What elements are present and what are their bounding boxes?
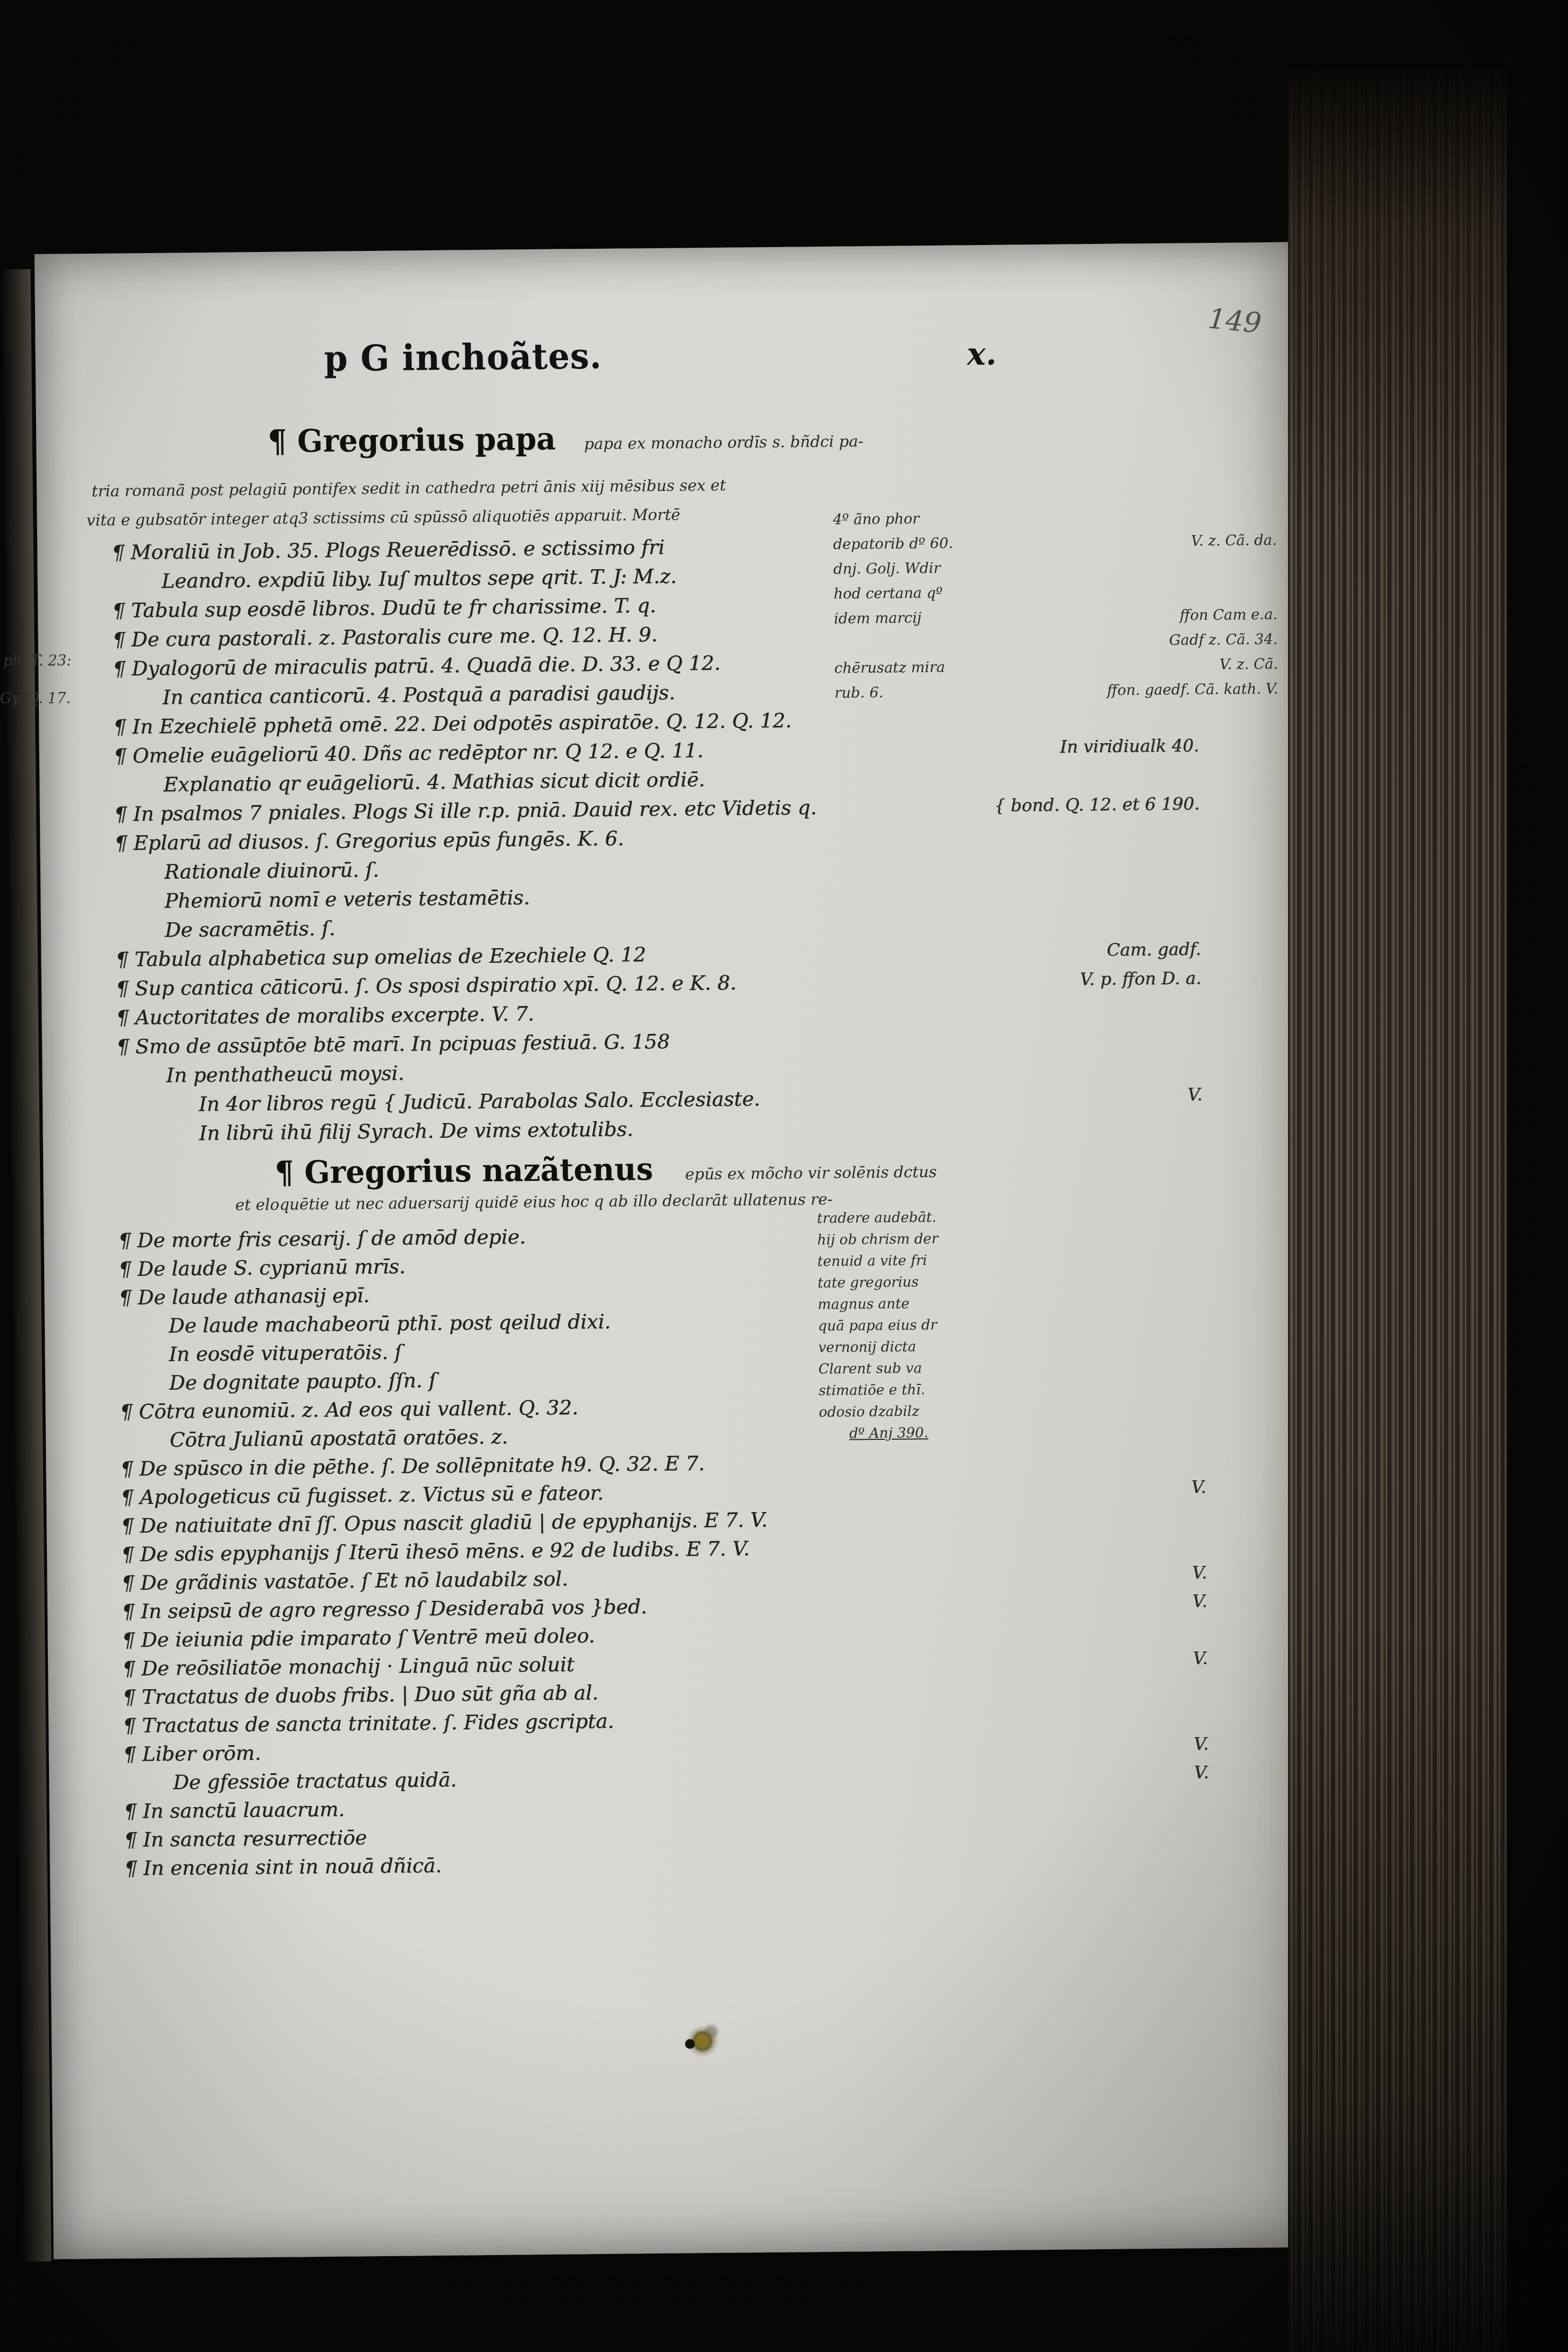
- side-note-text: tradere audebāt.: [817, 1209, 936, 1232]
- entry-shelfmark: V.: [1191, 1476, 1206, 1497]
- entry-title: ¶ Eplarū ad diusos. ſ. Gregorius epūs fu…: [114, 827, 624, 855]
- entry-title: Cōtra Julianū apostatā oratōes. z.: [170, 1425, 508, 1452]
- entry-title: ¶ Tabula sup eosdē libros. Dudū te fr ch…: [112, 594, 656, 622]
- entry-title: ¶ Smo de assūptōe btē marī. In pcipuas f…: [116, 1030, 670, 1059]
- margin-note: Gy. Q. 17.: [0, 690, 71, 707]
- entry-title: Explanatio qr euāgeliorū. 4. Mathias sic…: [163, 768, 705, 796]
- entry-shelfmark: V. p. ffon D. a.: [1080, 968, 1201, 989]
- section-gregorius-papa: ¶ Gregorius papa papa ex monacho ordīs s…: [268, 417, 864, 460]
- entry-title: ¶ In sancta resurrectiōe: [124, 1826, 367, 1851]
- entry-title: ¶ De cura pastorali. z. Pastoralis cure …: [113, 623, 658, 652]
- entry-title: In cantica canticorū. 4. Postquā a parad…: [163, 681, 675, 709]
- side-note-line: vernonij dicta: [818, 1338, 1049, 1361]
- entry-title: ¶ De ieiunia pdie imparato ſ Ventrē meū …: [122, 1624, 595, 1651]
- entry-shelfmark: V.: [1194, 1733, 1209, 1754]
- side-note-shelfmark: V. z. Cã. da.: [1191, 532, 1277, 558]
- section-note-line: vita e gubsatōr integer atq3 sctissims c…: [87, 506, 681, 530]
- manuscript-page: 149 p G inchoãtes. x. ¶ Gregorius papa p…: [34, 242, 1313, 2259]
- entry-title: De gfessiōe tractatus quidā.: [173, 1768, 457, 1794]
- side-note-text: dnj. Golj. Wdir: [834, 560, 941, 586]
- entry-title: ¶ De laude athanasij epī.: [118, 1284, 369, 1309]
- entry-title: De sacramētis. ſ.: [165, 917, 335, 942]
- side-note-text: quā papa eius dr: [818, 1317, 937, 1340]
- side-note-text: hij ob chrism der: [817, 1231, 939, 1254]
- side-note-line: hij ob chrism der: [817, 1230, 1049, 1254]
- section-heading: ¶ Gregorius nazãtenus: [275, 1151, 653, 1191]
- side-note-line: dnj. Golj. Wdir: [834, 557, 1277, 586]
- entry-title: ¶ Tractatus de duobs fribs. | Duo sūt gñ…: [123, 1681, 599, 1709]
- side-note-line: magnus ante: [818, 1294, 1049, 1318]
- side-note-text: Clarent sub va: [818, 1360, 922, 1383]
- book-fore-edge: [1288, 69, 1507, 2352]
- entry-title: Leandro. expdiū liby. Iuſ multos sepe qr…: [162, 565, 677, 593]
- side-note-line: depatorib dº 60. V. z. Cã. da.: [833, 532, 1277, 561]
- entry-title: ¶ In seipsū de agro regresso ſ Desiderab…: [122, 1595, 647, 1623]
- page-heading: p G inchoãtes.: [324, 335, 603, 380]
- side-note-line: quā papa eius dr: [818, 1316, 1049, 1340]
- side-note-text: 4º ãno phor: [833, 510, 920, 536]
- side-note-line: Gadf z. Cã. 34.: [834, 631, 1278, 660]
- entry-shelfmark: { bond. Q. 12. et 6 190.: [994, 793, 1200, 816]
- side-note-text: hod certana qº: [834, 585, 943, 611]
- side-note-line: tenuid a vite fri: [817, 1251, 1049, 1275]
- entry-title: ¶ De laude S. cyprianū mrīs.: [118, 1255, 405, 1280]
- entry-title: In librū ihū filij Syrach. De vims extot…: [199, 1117, 633, 1145]
- side-note-line: dº Anj 390.: [849, 1424, 1051, 1447]
- side-note-text: odosio dzabilz: [819, 1403, 920, 1426]
- entry-shelfmark: Cam. gadf.: [1107, 939, 1201, 960]
- side-note-line: tradere audebāt.: [817, 1208, 1048, 1232]
- side-note-line: 4º ãno phor: [833, 507, 1277, 536]
- entry-title: Rationale diuinorū. ſ.: [164, 858, 379, 884]
- entry-shelfmark: V.: [1194, 1762, 1209, 1782]
- entry-title: ¶ Cōtra eunomiū. z. Ad eos qui vallent. …: [120, 1396, 578, 1423]
- ink-stain: [677, 2020, 726, 2059]
- section-note-line: tria romanã post pelagiū pontifex sedit …: [92, 476, 726, 500]
- entry-title: ¶ In sanctū lauacrum.: [124, 1798, 345, 1823]
- side-note-line: tate gregorius: [817, 1273, 1049, 1297]
- section-heading-note: epūs ex mõcho vir solēnis dctus: [685, 1163, 937, 1183]
- side-note-text: tate gregorius: [817, 1274, 919, 1297]
- entry-title: ¶ De morte fris cesarij. ſ de amōd depie…: [118, 1225, 526, 1252]
- entry-title: ¶ Omelie euāgeliorū 40. Dñs ac redēptor …: [114, 739, 704, 768]
- entry-title: De laude machabeorū pthī. post qeilud di…: [169, 1310, 611, 1338]
- entry-title: In eosdē vituperatōis. ſ: [169, 1341, 402, 1366]
- section-heading: ¶ Gregorius papa: [268, 421, 556, 460]
- side-note-text: magnus ante: [818, 1296, 909, 1318]
- side-note-shelfmark: Gadf z. Cã. 34.: [1169, 631, 1278, 657]
- entry-title: De dognitate paupto. ſſn. ſ: [169, 1369, 436, 1395]
- section-gregorius-nazianzenus: ¶ Gregorius nazãtenus epūs ex mõcho vir …: [275, 1148, 937, 1191]
- margin-note: ph. T. 23:: [3, 653, 72, 669]
- side-notes-gregorius-nazianzenus: tradere audebāt. hij ob chrism der tenui…: [817, 1208, 1051, 1447]
- entry-shelfmark: V.: [1192, 1591, 1207, 1611]
- entry-title: ¶ Tabula alphabetica sup omelias de Ezec…: [115, 943, 646, 971]
- entry-title: ¶ Tractatus de sancta trinitate. ſ. Fide…: [123, 1710, 614, 1738]
- side-note-text: vernonij dicta: [818, 1339, 916, 1361]
- catalog-entries-gregorius-nazianzenus: ¶ De morte fris cesarij. ſ de amōd depie…: [118, 1218, 1262, 1885]
- entry-title: ¶ Moraliū in Job. 35. Plogs Reuerēdissō.…: [111, 536, 664, 564]
- entry-title: ¶ De grãdinis vastatōe. ſ Et nō laudabil…: [121, 1567, 568, 1595]
- folio-number: 149: [1207, 303, 1263, 340]
- side-note-shelfmark: ffon Cam e.a.: [1180, 606, 1278, 632]
- side-note-text: chērusatz mira: [834, 659, 945, 685]
- entry-title: ¶ In encenia sint in nouā dñicā.: [124, 1854, 442, 1880]
- quire-mark: x.: [967, 335, 997, 373]
- side-note-text: depatorib dº 60.: [833, 535, 953, 561]
- side-note-shelfmark: ffon. gaedf. Cã. kath. V.: [1107, 681, 1278, 707]
- entry-shelfmark: In viridiualk 40.: [1060, 735, 1199, 757]
- side-note-line: rub. 6. ffon. gaedf. Cã. kath. V.: [835, 681, 1278, 710]
- entry-title: ¶ Auctoritates de moralibs excerpte. V. …: [116, 1002, 534, 1029]
- side-note-line: Clarent sub va: [818, 1359, 1050, 1383]
- side-note-shelfmark: V. z. Cã.: [1220, 656, 1278, 681]
- entry-shelfmark: V.: [1187, 1084, 1202, 1104]
- entry-title: ¶ Liber orōm.: [123, 1741, 261, 1766]
- side-note-line: stimatiōe e thī.: [818, 1381, 1050, 1404]
- entry-title: In 4or libros regū { Judicū. Parabolas S…: [199, 1087, 760, 1116]
- entry-title: ¶ De reōsiliatōe monachij · Linguā nūc s…: [122, 1653, 575, 1680]
- manuscript-photograph: 149 p G inchoãtes. x. ¶ Gregorius papa p…: [0, 0, 1568, 2352]
- entry-title: ¶ Apologeticus cū fugisset. z. Victus sū…: [121, 1481, 604, 1509]
- side-note-line: hod certana qº: [834, 582, 1277, 611]
- side-notes-gregorius-papa: 4º ãno phor depatorib dº 60. V. z. Cã. d…: [833, 507, 1279, 734]
- entry-shelfmark: V.: [1193, 1648, 1208, 1668]
- section-heading-note: papa ex monacho ordīs s. bñdci pa-: [584, 432, 863, 453]
- side-note-text: stimatiōe e thī.: [818, 1382, 925, 1404]
- side-note-text: dº Anj 390.: [849, 1425, 928, 1447]
- side-note-text: tenuid a vite fri: [817, 1252, 927, 1275]
- section-note-line: et eloquētie ut nec aduersarij quidē eiu…: [235, 1190, 833, 1214]
- entry-title: In penthatheucū moysi.: [166, 1061, 404, 1087]
- entry-title: Phemiorū nomī e veteris testamētis.: [164, 886, 530, 913]
- entry-title: ¶ De spūsco in die pēthe. ſ. De sollēpni…: [120, 1452, 704, 1480]
- side-note-line: odosio dzabilz: [819, 1402, 1051, 1426]
- side-note-line: [835, 705, 1278, 734]
- side-note-line: chērusatz mira V. z. Cã.: [834, 656, 1278, 685]
- side-note-line: idem marcij ffon Cam e.a.: [834, 606, 1277, 635]
- entry-shelfmark: V.: [1192, 1562, 1207, 1583]
- side-note-text: idem marcij: [834, 610, 921, 635]
- side-note-text: rub. 6.: [835, 684, 884, 710]
